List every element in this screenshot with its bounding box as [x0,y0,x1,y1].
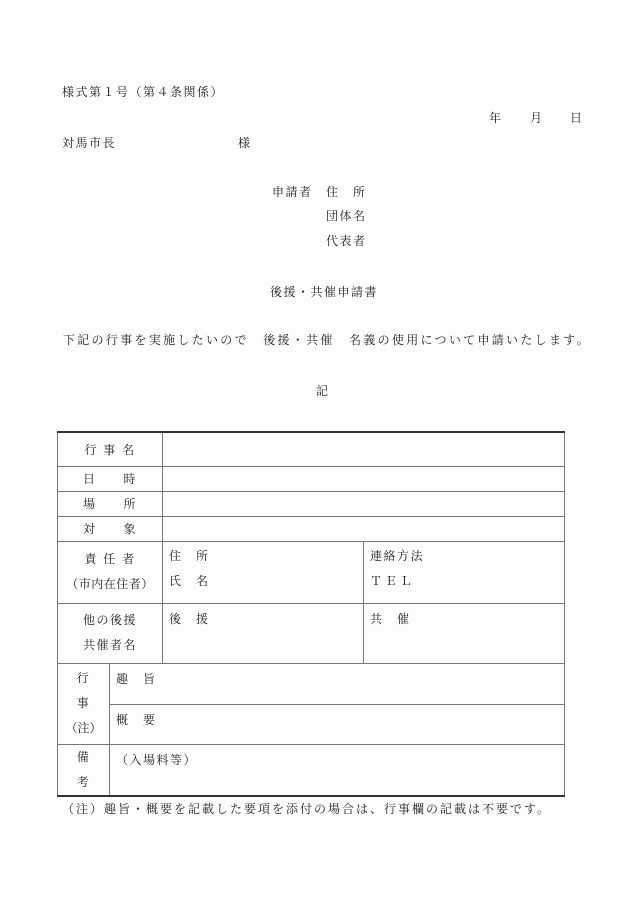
form-number: 様式第１号（第４条関係） [62,83,224,100]
date-month-label: 月 [530,109,544,126]
cosponsor-field[interactable]: 共 催 [364,603,565,663]
date-year-label: 年 [489,109,503,126]
row-remarks: 備 考 （入場料等） [58,744,565,796]
event-name-field[interactable] [163,432,565,466]
remarks-field[interactable]: （入場料等） [110,744,565,796]
responsible-address-label: 住 所 [169,544,363,569]
cosponsor-label: 共 催 [370,612,411,626]
applicant-address-label: 住 所 [326,183,367,200]
venue-field[interactable] [163,491,565,516]
footnote: （注）趣旨・概要を記載した要項を添付の場合は、行事欄の記載は不要です。 [62,800,551,817]
outline-label: 概 要 [116,713,157,727]
responsible-label: 責 任 者 （市内在住者） [58,541,163,603]
applicant-label: 申請者 [272,183,313,200]
document-title: 後援・共催申請書 [270,283,378,300]
application-form-table: 行 事 名 日 時 場 所 対 象 責 任 者 （市内在住者） 住 所 氏 名 … [57,431,565,797]
applicant-representative-label: 代表者 [326,232,367,249]
application-statement: 下記の行事を実施したいので 後援・共催 名義の使用について申請いたします。 [63,331,591,348]
venue-label: 場 所 [58,491,163,516]
responsible-name-address-field[interactable]: 住 所 氏 名 [163,541,364,603]
applicant-organization-label: 団体名 [326,207,367,224]
purpose-field[interactable]: 趣 旨 [110,663,565,704]
row-other-sponsors: 他の後援 共催者名 後 援 共 催 [58,603,565,663]
row-datetime: 日 時 [58,466,565,491]
purpose-label: 趣 旨 [116,672,157,686]
addressee: 対馬市長 [62,134,116,151]
ki-label: 記 [316,382,330,399]
remarks-label: 備 考 [58,744,110,796]
target-label: 対 象 [58,516,163,541]
row-responsible: 責 任 者 （市内在住者） 住 所 氏 名 連絡方法 ＴＥＬ [58,541,565,603]
outline-field[interactable]: 概 要 [110,704,565,744]
row-venue: 場 所 [58,491,565,516]
event-name-label: 行 事 名 [58,432,163,466]
event-note-label: 行 事 （注） [58,663,110,744]
honorific: 様 [238,134,252,151]
row-event-purpose: 行 事 （注） 趣 旨 [58,663,565,704]
responsible-name-label: 氏 名 [169,569,363,594]
date-day-label: 日 [570,109,584,126]
row-event-outline: 概 要 [58,704,565,744]
datetime-field[interactable] [163,466,565,491]
row-target: 対 象 [58,516,565,541]
responsible-contact-field[interactable]: 連絡方法 ＴＥＬ [364,541,565,603]
other-sponsors-label: 他の後援 共催者名 [58,603,163,663]
support-label: 後 援 [169,612,210,626]
target-field[interactable] [163,516,565,541]
contact-method-label: 連絡方法 [370,544,564,569]
tel-label: ＴＥＬ [370,569,564,594]
datetime-label: 日 時 [58,466,163,491]
remarks-hint: （入場料等） [116,753,197,767]
support-field[interactable]: 後 援 [163,603,364,663]
row-event-name: 行 事 名 [58,432,565,466]
